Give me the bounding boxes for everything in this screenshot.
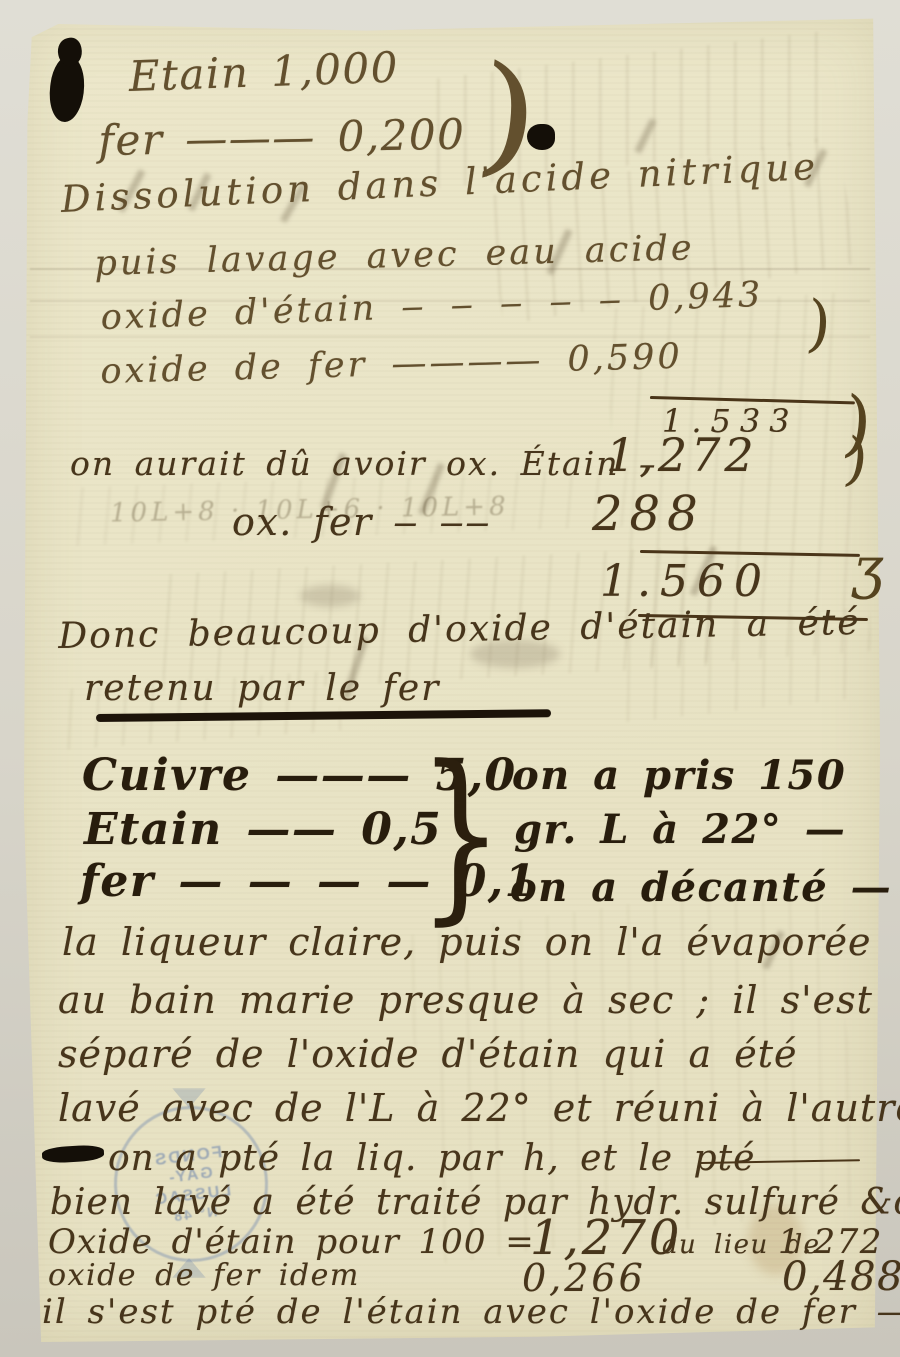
ink-line: au bain marie presque à sec ; il s'est <box>58 978 873 1022</box>
ink-line: bien lavé a été traité par hydr. sulfuré… <box>50 1182 900 1223</box>
ink-line: séparé de l'oxide d'étain qui a été <box>58 1032 797 1076</box>
ink-line: Oxide d'étain pour 100 = <box>48 1222 535 1262</box>
manuscript-photo: 10L+8 · 10L+6 · 10L+8 FONDS GAY- LUSSAC … <box>0 0 900 1357</box>
ink-line: on aurait dû avoir ox. Étain – <box>70 444 657 483</box>
ink-line: la liqueur claire, puis on l'a évaporée <box>62 920 872 964</box>
ink-line: gr. L à 22° — <box>514 806 846 853</box>
ink-blot <box>527 124 555 150</box>
ink-line: il s'est pté de l'étain avec l'oxide de … <box>42 1292 900 1332</box>
ink-line: oxide de fer idem <box>48 1258 360 1293</box>
ink-line: Etain 1,000 <box>128 43 400 101</box>
ink-line: 288 <box>592 486 705 542</box>
ink-smudge <box>300 585 360 607</box>
ink-line: 1.560 <box>600 556 771 607</box>
ink-line: retenu par le fer <box>84 668 440 709</box>
ink-line: 1,272 <box>606 428 758 482</box>
flourish-squiggle: ʒ <box>852 536 884 601</box>
ink-line: on a pris 150 <box>512 752 846 799</box>
ink-line: on a décanté — <box>510 864 892 911</box>
ink-line: Etain —— 0,5 <box>84 804 442 855</box>
ink-line: fer ——— 0,200 <box>98 110 466 165</box>
ink-line: on a pté la liq. par h, et le pté <box>108 1138 755 1179</box>
ink-line: lavé avec de l'L à 22° et réuni à l'autr… <box>58 1086 900 1130</box>
ink-line: ox. fer ‒ ‒‒ <box>232 500 491 544</box>
group-brace: } <box>418 726 504 942</box>
